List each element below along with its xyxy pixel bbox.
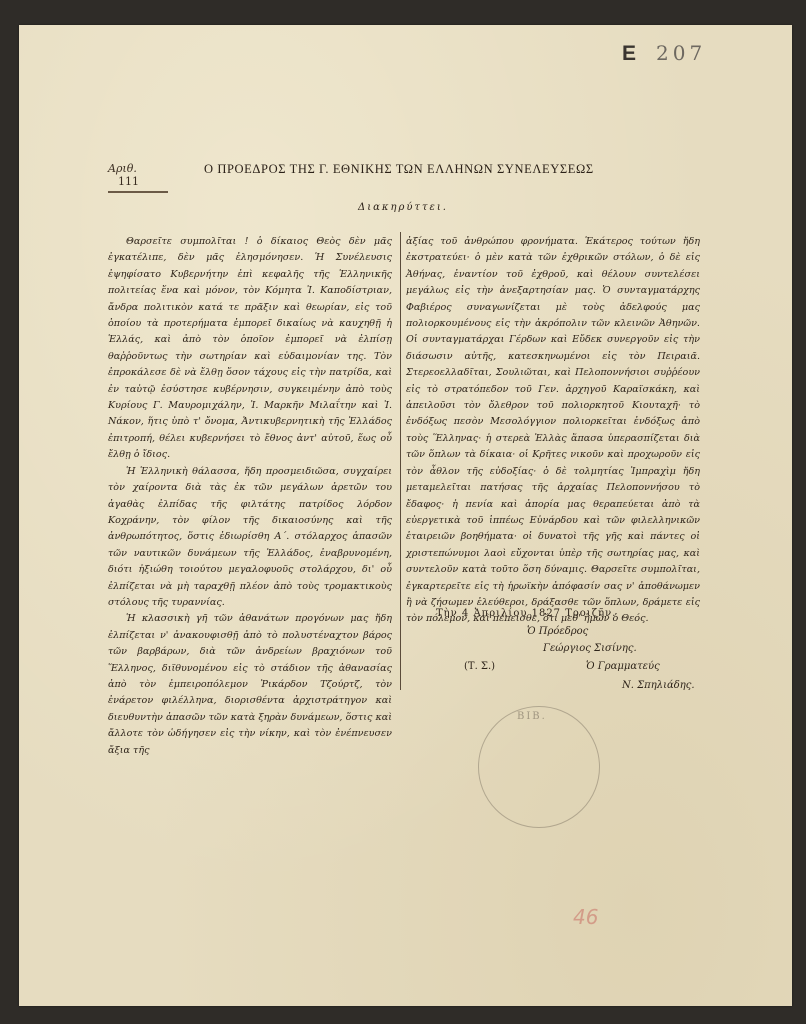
secretary-title: Ὁ Γραμματεύς [586, 661, 660, 672]
document-number-label: Αριθ. [108, 162, 137, 175]
document-header: Αριθ. 111 Ο ΠΡΟΕΔΡΟΣ ΤΗΣ Γ. ΕΘΝΙΚΗΣ ΤΩΝ … [100, 158, 700, 188]
president-title: Ὁ Πρόεδρος [527, 626, 588, 637]
column-divider [400, 232, 401, 690]
paragraph: Ἡ κλασσικὴ γῆ τῶν ἀθανάτων προγόνων μας … [108, 611, 392, 759]
seal-mark: (Τ. Σ.) [464, 661, 495, 672]
document-title: Ο ΠΡΟΕΔΡΟΣ ΤΗΣ Γ. ΕΘΝΙΚΗΣ ΤΩΝ ΕΛΛΗΝΩΝ ΣΥ… [204, 162, 594, 177]
document-subtitle: Διακηρύττει. [0, 202, 806, 213]
left-column: Θαρσεῖτε συμπολῖται ! ὁ δίκαιος Θεὸς δὲν… [108, 234, 392, 759]
archive-mark-letter: E [622, 42, 640, 65]
right-column: ἀξίας τοῦ ἀνθρώπου φρονήματα. Ἑκάτερος τ… [406, 234, 700, 628]
archive-mark: E207 [622, 40, 706, 66]
archive-mark-number: 207 [656, 41, 706, 65]
secretary-name: Ν. Σπηλιάδης. [622, 680, 695, 691]
library-stamp: ΒΙΒ. [478, 706, 600, 828]
paragraph: Θαρσεῖτε συμπολῖται ! ὁ δίκαιος Θεὸς δὲν… [108, 234, 392, 464]
date-line: Τὴν 4 Ἀπριλίου 1827 Τροιζῆν. [436, 608, 616, 619]
paragraph: Ἡ Ἑλληνικὴ θάλασσα, ἤδη προσμειδιῶσα, συ… [108, 464, 392, 612]
paragraph: ἀξίας τοῦ ἀνθρώπου φρονήματα. Ἑκάτερος τ… [406, 234, 700, 628]
document-number: Αριθ. 111 [108, 162, 168, 193]
stamp-text: ΒΙΒ. [517, 711, 547, 722]
document-number-value: 111 [118, 175, 139, 188]
president-name: Γεώργιος Σισίνης. [543, 643, 637, 654]
pencil-folio-mark: 46 [573, 905, 598, 929]
